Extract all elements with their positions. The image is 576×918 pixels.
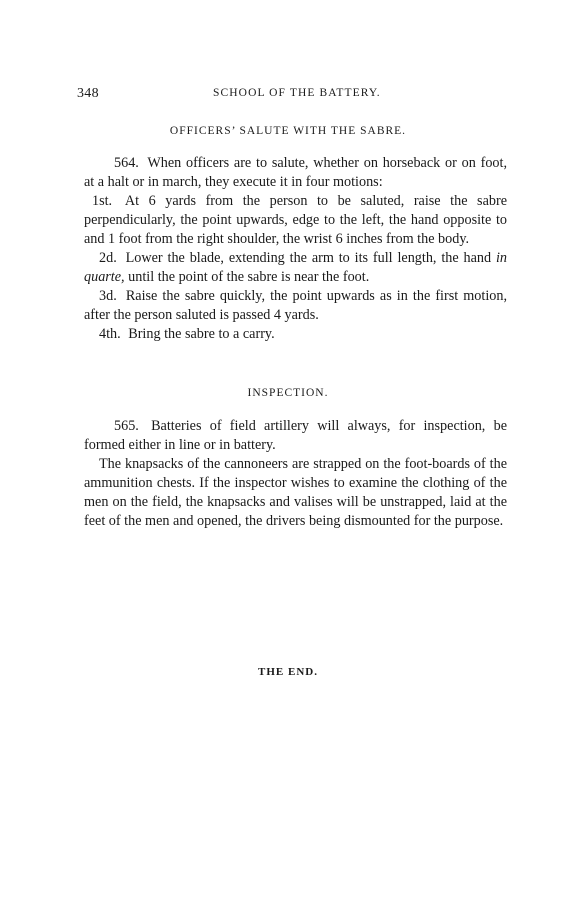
running-title: SCHOOL OF THE BATTERY. xyxy=(213,87,381,99)
paragraph-number: 2d. xyxy=(99,250,117,266)
paragraph-text: The knapsacks of the cannoneers are stra… xyxy=(84,456,507,529)
paragraph-text: At 6 yards from the person to be saluted… xyxy=(84,193,507,247)
section-body-inspection: 565. Batteries of field artillery will a… xyxy=(84,417,507,531)
paragraph-text: Bring the sabre to a carry. xyxy=(128,326,274,342)
book-page: 348 SCHOOL OF THE BATTERY. OFFICERS’ SAL… xyxy=(0,0,576,918)
paragraph-text: Raise the sabre quickly, the point upwar… xyxy=(84,288,507,323)
paragraph-third-motion: 3d. Raise the sabre quickly, the point u… xyxy=(84,287,507,325)
section-heading-officers-salute: OFFICERS’ SALUTE WITH THE SABRE. xyxy=(0,125,576,137)
paragraph-fourth-motion: 4th. Bring the sabre to a carry. xyxy=(84,325,507,344)
paragraph-first-motion: 1st. At 6 yards from the person to be sa… xyxy=(84,192,507,249)
paragraph-number: 565. xyxy=(114,418,139,434)
paragraph-number: 3d. xyxy=(99,288,117,304)
paragraph-564: 564. When officers are to salute, whethe… xyxy=(84,154,507,192)
section-heading-inspection: INSPECTION. xyxy=(0,387,576,399)
paragraph-number: 4th. xyxy=(99,326,121,342)
paragraph-knapsacks: The knapsacks of the cannoneers are stra… xyxy=(84,455,507,531)
paragraph-text: until the point of the sabre is near the… xyxy=(125,269,370,285)
the-end-closing: THE END. xyxy=(0,666,576,678)
page-number: 348 xyxy=(77,86,99,102)
paragraph-number: 1st. xyxy=(92,193,112,209)
running-head: 348 SCHOOL OF THE BATTERY. xyxy=(77,86,507,104)
section-body-officers-salute: 564. When officers are to salute, whethe… xyxy=(84,154,507,344)
paragraph-number: 564. xyxy=(114,155,139,171)
paragraph-text: When officers are to salute, whether on … xyxy=(84,155,507,190)
paragraph-text: Batteries of field artillery will always… xyxy=(84,418,507,453)
paragraph-text: Lower the blade, extending the arm to it… xyxy=(126,250,496,266)
paragraph-565: 565. Batteries of field artillery will a… xyxy=(84,417,507,455)
paragraph-second-motion: 2d. Lower the blade, extending the arm t… xyxy=(84,249,507,287)
